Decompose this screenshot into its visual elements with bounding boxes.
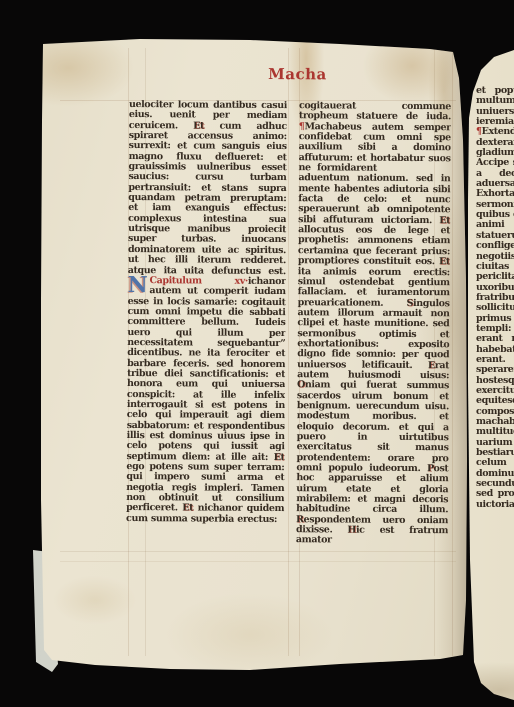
text-segment: cum iam omnes sperarent iudicium futurum… — [476, 354, 514, 510]
text-segment: ichanor autem ut comperit iudam esse in … — [126, 276, 285, 463]
next-leaf-text: et populi israel: hic est qui multum ora… — [476, 86, 514, 510]
text-segment: Machabeus autem semper confidebat cum om… — [298, 121, 451, 226]
text-column-right: cogitauerat commune tropheum statuere de… — [296, 101, 451, 552]
text-segment: allocutus eos de lege et prophetis: ammo… — [298, 224, 450, 267]
drop-cap-initial: N — [128, 276, 150, 295]
manuscript-page: Macha uelociter locum dantibus casui eiu… — [0, 0, 514, 707]
text-segment: Extendisse autem ieremiam dexteram. et d… — [476, 126, 514, 365]
text-segment: ingulos autem illorum armauit non clipei… — [297, 298, 450, 371]
text-segment: cum adhuc spiraret accensus animo: surre… — [128, 120, 287, 276]
text-segment: cogitauerat commune tropheum statuere de… — [299, 101, 451, 122]
fore-edge-shadow — [436, 42, 469, 660]
manuscript-photo: Macha uelociter locum dantibus casui eiu… — [0, 0, 514, 707]
text-segment: et populi israel: hic est qui multum ora… — [476, 86, 514, 127]
red-touched-capital: H — [347, 525, 356, 536]
running-header: Macha — [268, 65, 327, 83]
text-segment: niam qui fuerat summus sacerdos uirum bo… — [296, 380, 449, 475]
text-column-left: uelociter locum dantibus casui eius. uen… — [126, 100, 287, 551]
